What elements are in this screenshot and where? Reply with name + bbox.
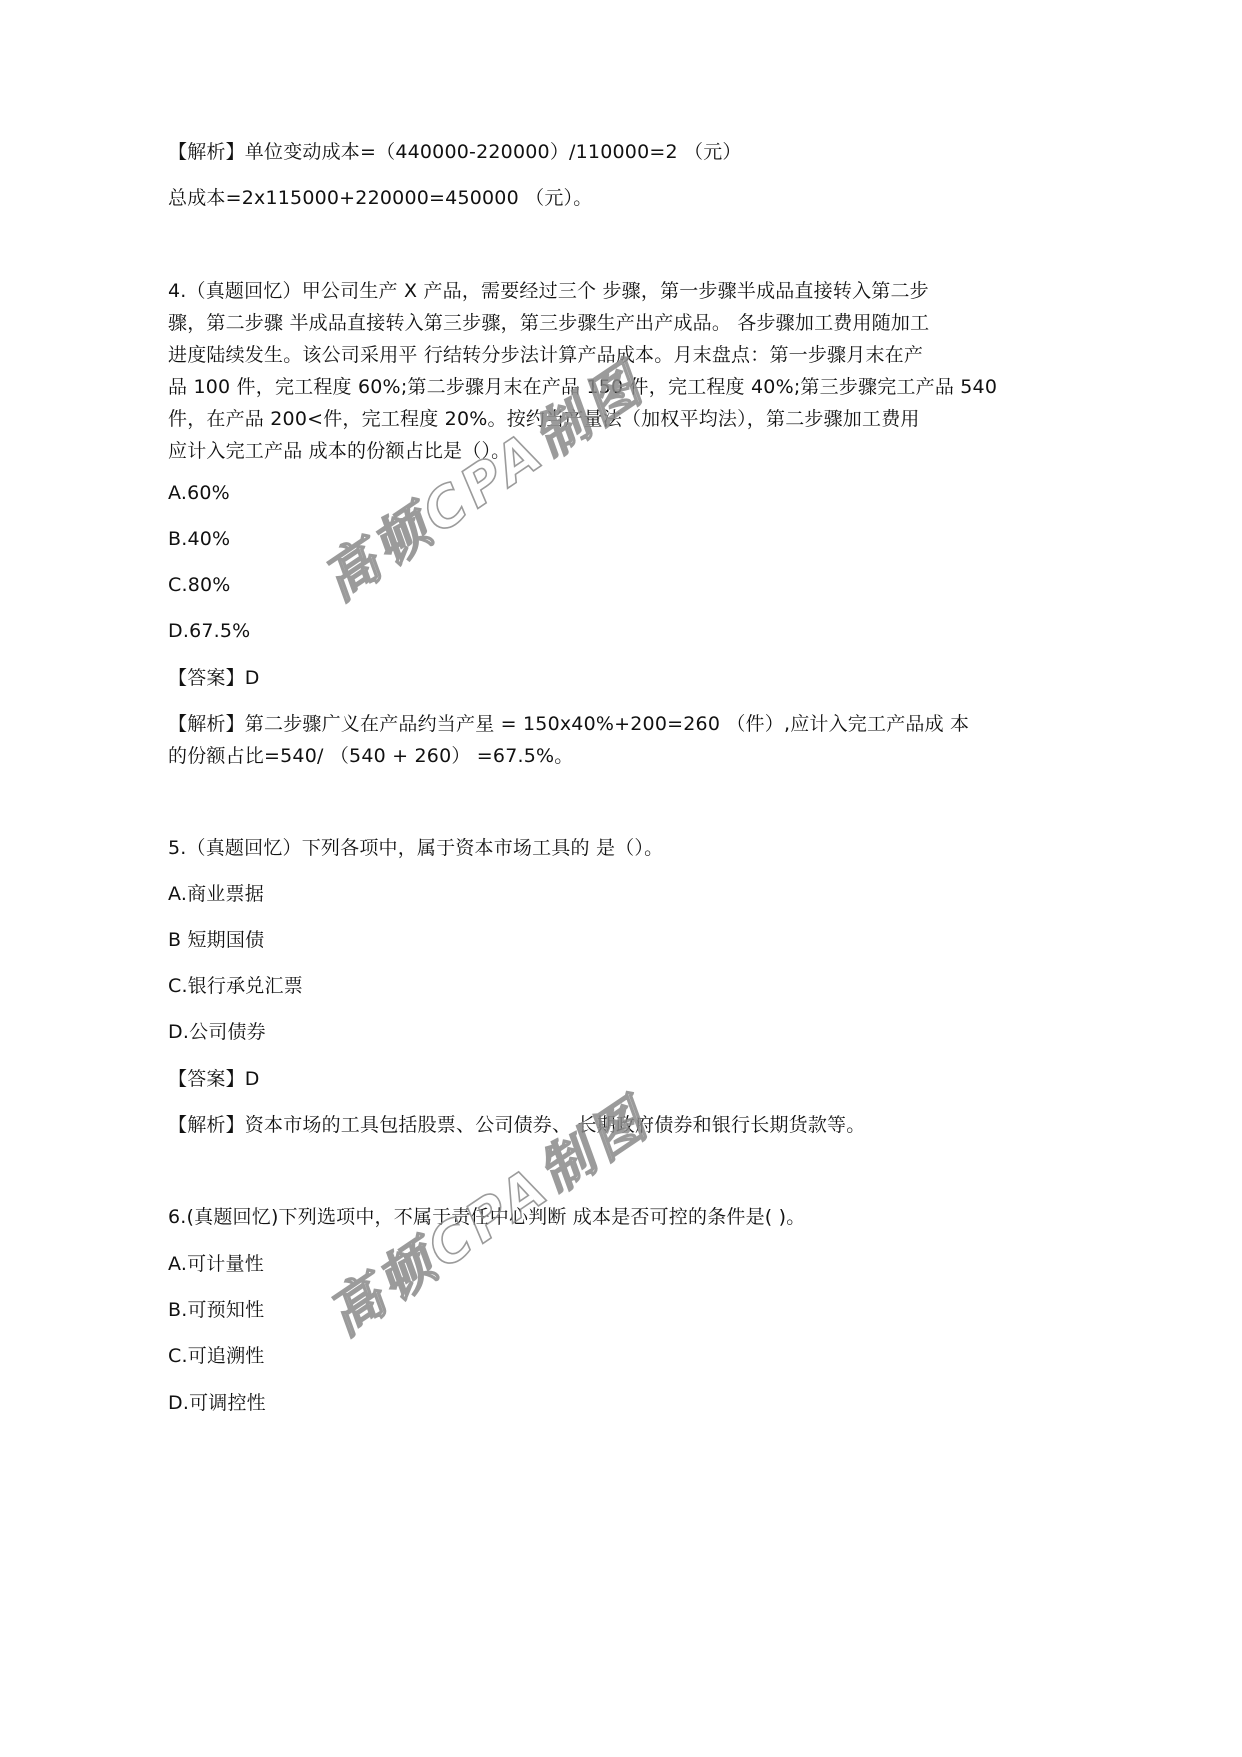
question-4-line-4: 品 100 件，完工程度 60%;第二步骤月末在产品 150 件，完工程度 40… <box>168 375 997 399</box>
question-5-option-d: D.公司债券 <box>168 1020 266 1044</box>
question-4-option-b: B.40% <box>168 527 230 551</box>
question-4-option-d: D.67.5% <box>168 619 250 643</box>
question-6-option-c: C.可追溯性 <box>168 1344 265 1368</box>
question-4-analysis-line-2: 的份额占比=540/ （540 + 260） =67.5%。 <box>168 744 573 768</box>
question-5-answer: 【答案】D <box>168 1067 260 1091</box>
question-5-option-a: A.商业票据 <box>168 882 264 906</box>
question-4-option-c: C.80% <box>168 573 231 597</box>
question-5-option-c: C.银行承兑汇票 <box>168 974 303 998</box>
question-5-text: 5.（真题回忆）下列各项中，属于资本市场工具的 是（）。 <box>168 836 663 860</box>
question-5-analysis: 【解析】资本市场的工具包括股票、公司债券、 长期政府债券和银行长期货款等。 <box>168 1113 865 1137</box>
question-4-line-1: 4.（真题回忆）甲公司生产 X 产品，需要经过三个 步骤，第一步骤半成品直接转入… <box>168 279 929 303</box>
question-4-option-a: A.60% <box>168 481 230 505</box>
question-4-line-6: 应计入完工产品 成本的份额占比是（）。 <box>168 439 510 463</box>
question-4-analysis-line-1: 【解析】第二步骤广义在产品约当产星 = 150x40%+200=260 （件）,… <box>168 712 969 736</box>
question-4-line-3: 进度陆续发生。该公司采用平 行结转分步法计算产品成本。月末盘点：第一步骤月末在产 <box>168 343 923 367</box>
question-5-option-b: B 短期国债 <box>168 928 264 952</box>
question-6-option-d: D.可调控性 <box>168 1391 266 1415</box>
question-6-option-b: B.可预知性 <box>168 1298 264 1322</box>
analysis-unit-variable-cost: 【解析】单位变动成本=（440000-220000）/110000=2 （元） <box>168 140 742 164</box>
question-6-text: 6.(真题回忆)下列选项中，不属于责任中心判断 成本是否可控的条件是( )。 <box>168 1205 805 1229</box>
question-6-option-a: A.可计量性 <box>168 1252 264 1276</box>
question-4-line-5: 件，在产品 200<件，完工程度 20%。按约当产量法（加权平均法），第二步骤加… <box>168 407 920 431</box>
question-4-answer: 【答案】D <box>168 666 260 690</box>
analysis-total-cost: 总成本=2x115000+220000=450000 （元）。 <box>168 186 592 210</box>
question-4-line-2: 骤，第二步骤 半成品直接转入第三步骤，第三步骤生产出产成品。 各步骤加工费用随加… <box>168 311 929 335</box>
